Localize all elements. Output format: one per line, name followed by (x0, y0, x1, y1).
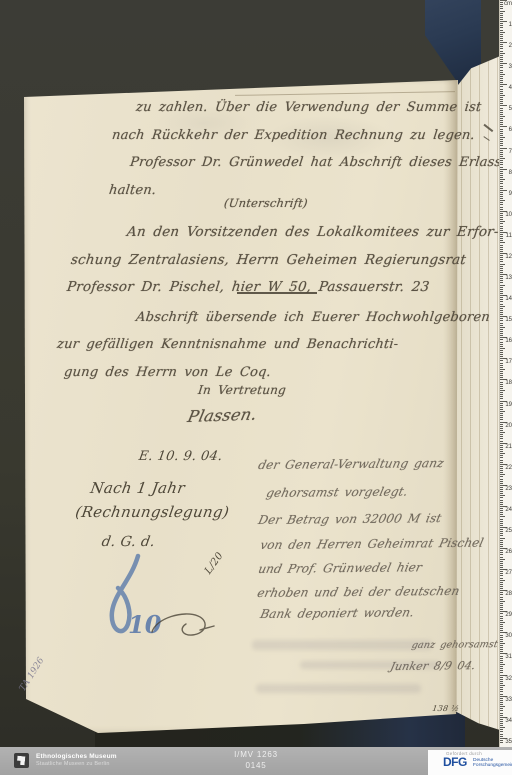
letter-line: nach Rückkehr der Expedition Rechnung zu… (111, 128, 476, 143)
unterschrift-line: (Unterschrift) (223, 196, 308, 210)
ruler-label: 7 (509, 149, 512, 155)
memo-line: von den Herren Geheimrat Pischel (259, 536, 485, 552)
ruler-label: 33 (505, 697, 512, 703)
memo-line: gehorsamst vorgelegt. (265, 485, 409, 500)
page-stack-edge (452, 52, 500, 730)
ruler-label: 20 (505, 423, 512, 429)
ruler-label: 13 (505, 275, 512, 281)
ruler-label: 23 (505, 486, 512, 492)
ruler-label: 25 (505, 528, 512, 534)
ruler-label: 21 (505, 444, 512, 450)
initials-annotation: d. G. d. (100, 534, 156, 550)
funder-name-line: Forschungsgemeinschaft (473, 763, 512, 768)
address-line: schung Zentralasiens, Herrn Geheimen Reg… (70, 252, 467, 268)
ruler-label: 10 (505, 212, 512, 218)
page-edge-shadow (443, 80, 457, 714)
ruler-label: 18 (505, 380, 512, 386)
ruler-label: 11 (506, 233, 512, 239)
ruler-label: 26 (505, 549, 512, 555)
term-annotation: (Rechnungslegung) (74, 503, 230, 521)
ruler-label: 28 (505, 591, 512, 597)
scan-viewport: zu zahlen. Über die Verwendung der Summe… (0, 0, 512, 775)
ruler-label: 24 (505, 507, 512, 513)
ruler-label: 17 (505, 359, 512, 365)
copy-line: Abschrift übersende ich Euerer Hochwohlg… (135, 310, 491, 325)
ruler-label: 15 (505, 317, 512, 323)
separator-rule (237, 292, 317, 294)
dfg-logo: DFG (443, 755, 467, 769)
date-annotation: E. 10. 9. 04. (138, 449, 224, 464)
ruler-label: 31 (505, 654, 512, 660)
memo-line: Bank deponiert worden. (259, 605, 416, 621)
letter-line: Professor Dr. Grünwedel hat Abschrift di… (129, 155, 512, 170)
ruler-label: 3 (509, 64, 512, 70)
ink-flourish (148, 606, 218, 646)
memo-line: der General-Verwaltung ganz (257, 456, 445, 472)
ruler-label: 9 (509, 191, 512, 197)
bleed-through-smudge (300, 661, 440, 669)
ruler-label: cm (504, 1, 512, 7)
letter-line: halten. (108, 183, 157, 198)
ruler-label: 32 (505, 676, 512, 682)
term-annotation: Nach 1 Jahr (89, 479, 186, 497)
ruler: cm12345678910111213141516171819202122232… (499, 0, 512, 747)
ruler-label: 8 (509, 170, 512, 176)
ruler-label: 27 (505, 570, 512, 576)
ruler-label: 1 (509, 22, 512, 28)
ruler-label: 4 (509, 85, 512, 91)
memo-line: und Prof. Grünwedel hier (257, 560, 424, 576)
ruler-label: 22 (505, 465, 512, 471)
signature: Plassen. (186, 405, 259, 426)
ruler-label: 6 (509, 127, 512, 133)
ruler-label: 35 (505, 739, 512, 745)
address-line: An den Vorsitzenden des Lokalkomitees zu… (126, 224, 500, 240)
ruler-label: 5 (509, 106, 512, 112)
memo-line: erhoben und bei der deutschen (256, 584, 461, 600)
ruler-label: 12 (505, 254, 512, 260)
letter-line: zu zahlen. Über die Verwendung der Summe… (135, 100, 482, 115)
ruler-label: 14 (505, 296, 512, 302)
bleed-through-smudge (256, 684, 421, 693)
ruler-label: 16 (505, 338, 512, 344)
folio-number: 138 ½ (432, 704, 461, 713)
memo-line: Der Betrag von 32000 M ist (257, 511, 443, 527)
bleed-through-smudge (252, 640, 432, 650)
ruler-label: 19 (505, 402, 512, 408)
in-vertretung-line: In Vertretung (197, 383, 287, 397)
ruler-label: 30 (505, 633, 512, 639)
ruler-label: 2 (509, 43, 512, 49)
copy-line: zur gefälligen Kenntnisnahme und Benachr… (56, 337, 399, 352)
copy-line: gung des Herrn von Le Coq. (63, 365, 272, 380)
ruler-label: 34 (505, 718, 512, 724)
ruler-label: 29 (505, 612, 512, 618)
funder-name: Deutsche Forschungsgemeinschaft (473, 758, 512, 768)
